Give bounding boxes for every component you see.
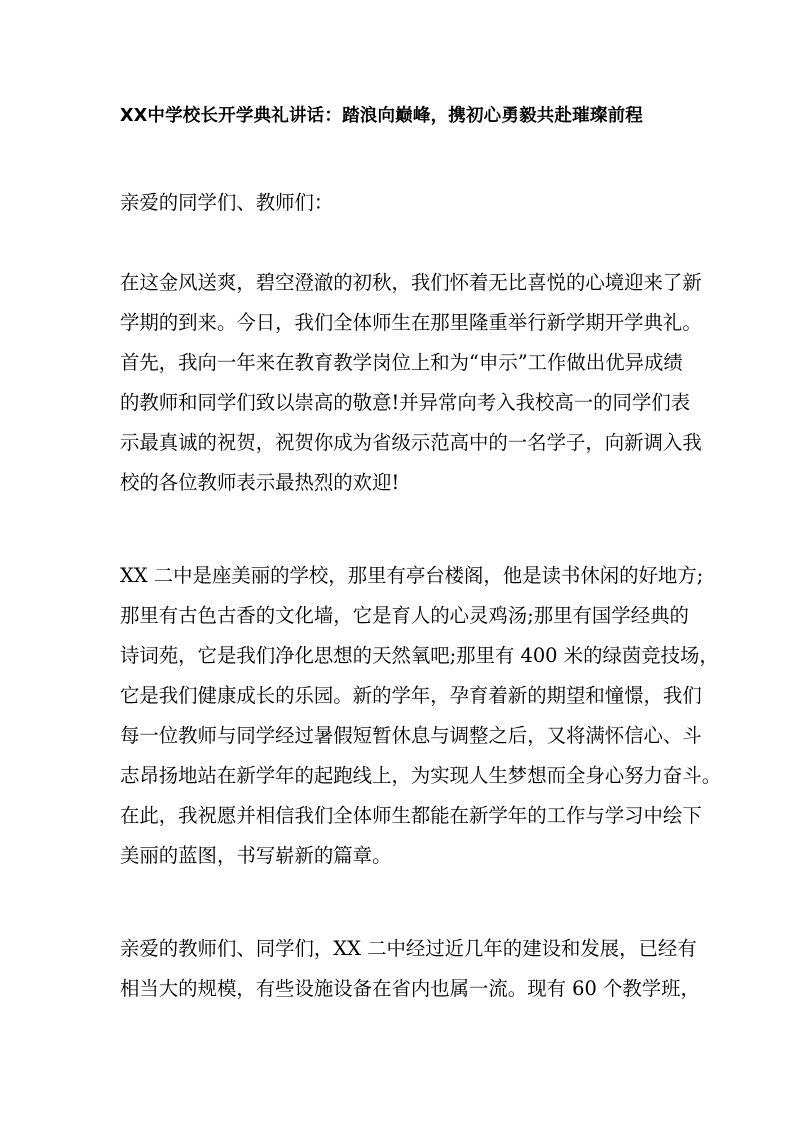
paragraph-line: 在此，我祝愿并相信我们全体师生都能在新学年的工作与学习中绘下 — [120, 796, 700, 836]
paragraph-2: XX 二中是座美丽的学校，那里有亭台楼阁，他是读书休闲的好地方; 那里有古色古香… — [120, 556, 700, 876]
paragraph-line: 的教师和同学们致以崇高的敬意!并异常向考入我校高一的同学们表 — [120, 383, 700, 423]
paragraph-line: 在这金风送爽，碧空澄澈的初秋，我们怀着无比喜悦的心境迎来了新 — [120, 263, 700, 303]
paragraph-1: 在这金风送爽，碧空澄澈的初秋，我们怀着无比喜悦的心境迎来了新 学期的到来。今日，… — [120, 263, 700, 503]
paragraph-line: XX 二中是座美丽的学校，那里有亭台楼阁，他是读书休闲的好地方; — [120, 556, 700, 596]
paragraph-line: 示最真诚的祝贺，祝贺你成为省级示范高中的一名学子，向新调入我 — [120, 423, 700, 463]
paragraph-line: 每一位教师与同学经过暑假短暂休息与调整之后，又将满怀信心、斗 — [120, 716, 700, 756]
paragraph-line: 诗词苑，它是我们净化思想的天然氧吧;那里有 400 米的绿茵竞技场， — [120, 636, 700, 676]
paragraph-line: 那里有古色古香的文化墙，它是育人的心灵鸡汤;那里有国学经典的 — [120, 596, 700, 636]
paragraph-line: 它是我们健康成长的乐园。新的学年，孕育着新的期望和憧憬，我们 — [120, 676, 700, 716]
paragraph-line: 校的各位教师表示最热烈的欢迎! — [120, 463, 700, 503]
document-title: XX中学校长开学典礼讲话：踏浪向巅峰，携初心勇毅共赴璀璨前程 — [120, 104, 690, 128]
paragraph-line: 相当大的规模，有些设施设备在省内也属一流。现有 60 个教学班， — [120, 969, 700, 1009]
paragraph-line: 首先，我向一年来在教育教学岗位上和为“申示”工作做出优异成绩 — [120, 343, 700, 383]
paragraph-line: 学期的到来。今日，我们全体师生在那里隆重举行新学期开学典礼。 — [120, 303, 700, 343]
paragraph-line: 美丽的蓝图，书写崭新的篇章。 — [120, 836, 700, 876]
salutation-line: 亲爱的同学们、教师们： — [120, 183, 700, 223]
salutation: 亲爱的同学们、教师们： — [120, 183, 700, 223]
document-page: XX中学校长开学典礼讲话：踏浪向巅峰，携初心勇毅共赴璀璨前程 亲爱的同学们、教师… — [0, 0, 793, 1122]
paragraph-line: 亲爱的教师们、同学们，XX 二中经过近几年的建设和发展，已经有 — [120, 929, 700, 969]
paragraph-3: 亲爱的教师们、同学们，XX 二中经过近几年的建设和发展，已经有 相当大的规模，有… — [120, 929, 700, 1009]
paragraph-line: 志昂扬地站在新学年的起跑线上，为实现人生梦想而全身心努力奋斗。 — [120, 756, 700, 796]
